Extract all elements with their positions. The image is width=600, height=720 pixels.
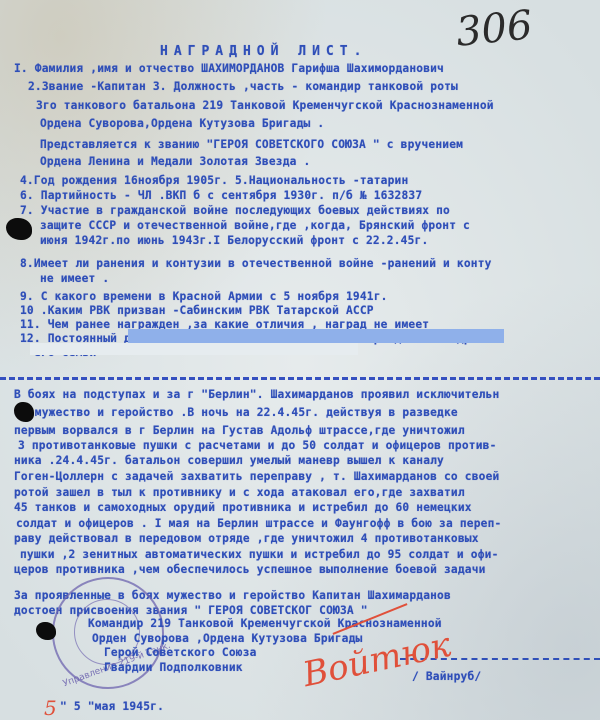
form-field-line: I. Фамилия ,имя и отчество ШАХИМОРДАНОВ … <box>14 62 444 75</box>
form-field-line: Ордена Суворова,Ордена Кутузова Бригады … <box>40 117 324 130</box>
citation-line: раву действовал в передовом отряде ,где … <box>14 532 479 545</box>
redacted-address-2 <box>30 343 358 355</box>
form-field-line: 7. Участие в гражданской войне последующ… <box>20 204 450 217</box>
signature-line: Герой Советского Союза <box>104 646 257 659</box>
archive-number: 306 <box>454 2 535 56</box>
form-field-line: Ордена Ленина и Медали Золотая Звезда . <box>40 155 310 168</box>
redacted-address <box>128 329 504 343</box>
citation-line: 45 танков и самоходных орудий противника… <box>14 501 472 514</box>
citation-line: ротой зашел в тыл к противнику и с хода … <box>14 486 465 499</box>
punch-hole <box>36 622 56 640</box>
citation-line: ника .24.4.45г. батальон совершил умелый… <box>14 454 444 467</box>
signature-line: Гвардии Подполковник <box>104 661 243 674</box>
signature-line: Командир 219 Танковой Кременчугской Крас… <box>88 617 442 630</box>
form-field-line: Представляется к званию "ГЕРОЯ СОВЕТСКОГ… <box>40 138 463 151</box>
red-day-number: 5 <box>44 696 57 720</box>
citation-line: солдат и офицеров . I мая на Берлин штра… <box>16 517 501 530</box>
signer-name: / Вайнруб/ <box>412 670 481 683</box>
citation-line: первым ворвался в г Берлин на Густав Адо… <box>14 424 465 437</box>
form-field-line: 3го танкового батальона 219 Танковой Кре… <box>36 99 494 112</box>
citation-line: Гоген-Цоллерн с задачей захватить перепр… <box>14 470 499 483</box>
document-date: " 5 "мая 1945г. <box>60 700 164 713</box>
signature-line: Орден Суворова ,Ордена Кутузова Бригады <box>92 632 362 645</box>
form-field-line: 4.Год рождения 16ноября 1905г. 5.Национа… <box>20 174 408 187</box>
form-field-line: 6. Партийность - ЧЛ .ВКП б с сентября 19… <box>20 189 422 202</box>
punch-hole <box>14 402 34 422</box>
punch-hole <box>6 218 32 240</box>
citation-line: пушки ,2 зенитных автоматических пушки и… <box>20 548 499 561</box>
document-title: НАГРАДНОЙ ЛИСТ. <box>160 44 367 59</box>
form-field-line: 8.Имеет ли ранения и контузии в отечеств… <box>20 257 492 270</box>
form-field-line: 2.Звание -Капитан 3. Должность ,часть - … <box>28 80 458 93</box>
citation-line: ое мужество и геройство .В ночь на 22.4.… <box>14 406 458 419</box>
form-field-line: защите СССР и отечественной войне,где ,к… <box>40 219 470 232</box>
section-divider <box>0 377 600 380</box>
form-field-line: июня 1942г.по июнь 1943г.I Белорусский ф… <box>40 234 428 247</box>
form-field-line: 9. С какого времени в Красной Армии с 5 … <box>20 290 388 303</box>
form-field-line: 10 .Каким РВК призван -Сабинским РВК Тат… <box>20 304 374 317</box>
citation-line: В боях на подступах и за г "Берлин". Шах… <box>14 388 499 401</box>
citation-line: церов противника ,чем обеспечилось успеш… <box>14 563 486 576</box>
form-field-line: не имеет . <box>40 272 109 285</box>
citation-line: 3 противотанковые пушки с расчетами и до… <box>18 439 497 452</box>
